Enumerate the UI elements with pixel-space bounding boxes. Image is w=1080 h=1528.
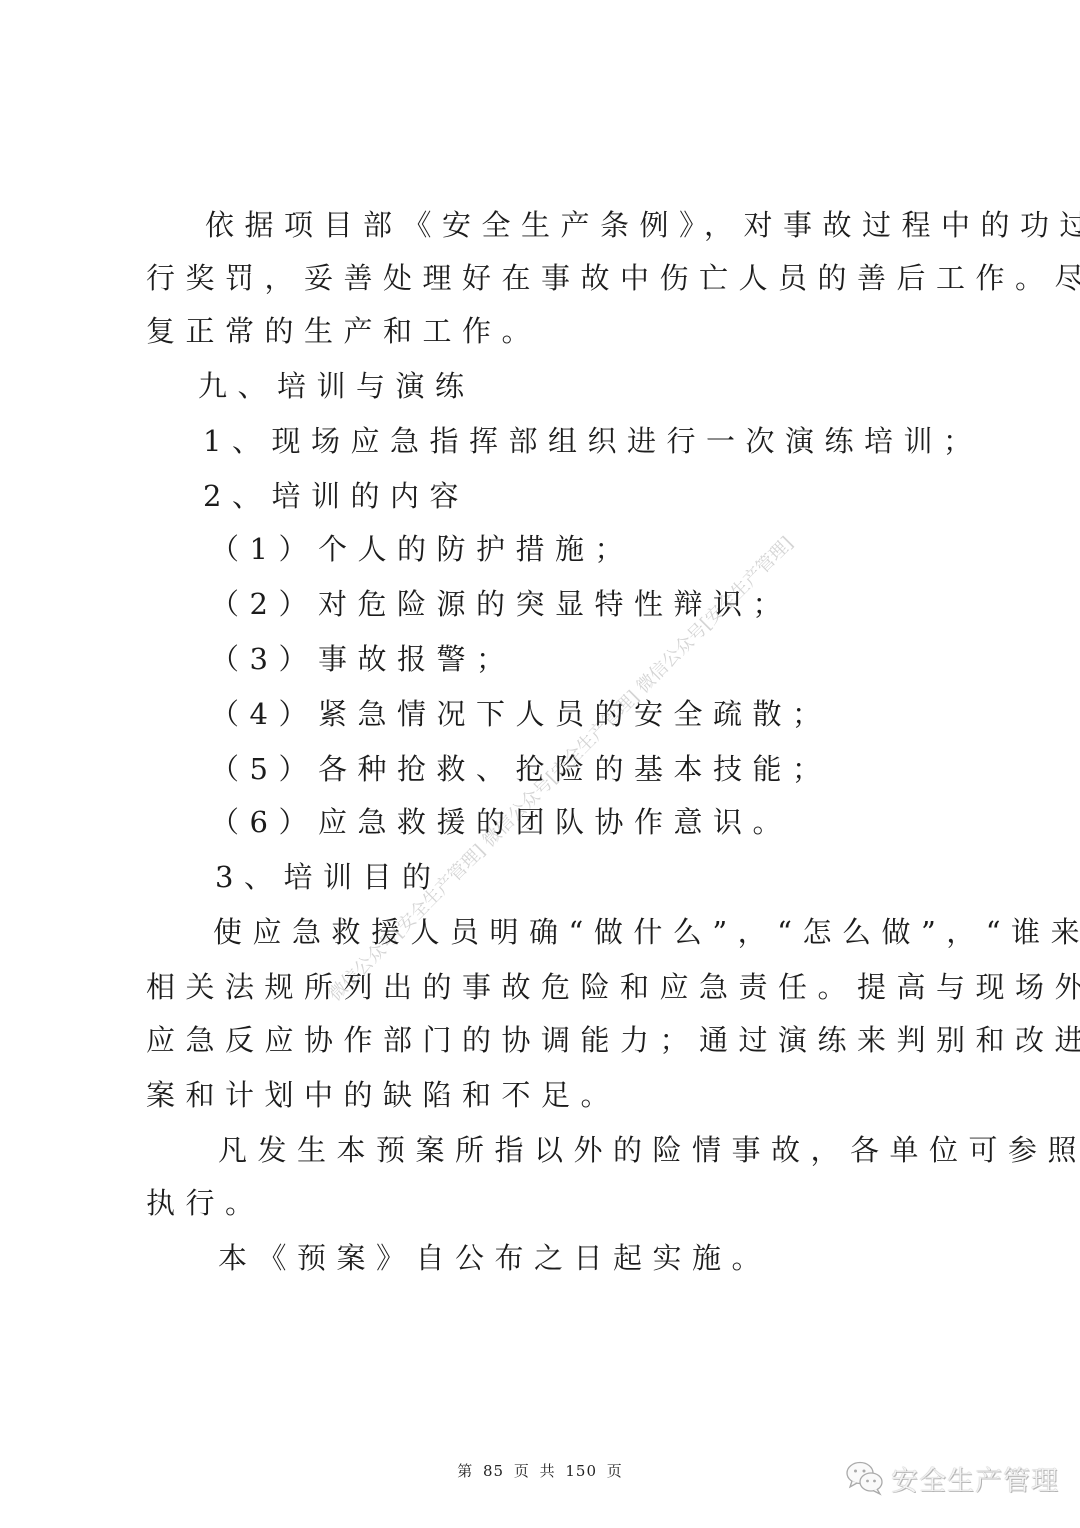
text-line: 1、现场应急指挥部组织进行一次演练培训； xyxy=(203,421,982,461)
text-line: （2）对危险源的突显特性辩识； xyxy=(210,584,792,624)
text-line: （3）事故报警； xyxy=(210,639,515,679)
wechat-icon xyxy=(845,1460,885,1496)
text-line: 凡发生本预案所指以外的险情事故，各单位可参照本预案 xyxy=(218,1130,1080,1170)
text-line: （4）紧急情况下人员的安全疏散； xyxy=(210,694,831,734)
text-line: 使应急救援人员明确“做什么”，“怎么做”，“谁来做”及 xyxy=(213,912,1080,952)
brand-name: 安全生产管理 xyxy=(891,1459,1059,1498)
document-page: 微信公众号[安全生产管理] 微信公众号[安全生产管理] 微信公众号[安全生产管理… xyxy=(0,0,1080,1528)
text-line: 复正常的生产和工作。 xyxy=(146,311,541,351)
text-line: 案和计划中的缺陷和不足。 xyxy=(146,1075,620,1115)
text-line: 相关法规所列出的事故危险和应急责任。提高与现场外的事故 xyxy=(146,967,1080,1007)
text-line: 行奖罚，妥善处理好在事故中伤亡人员的善后工作。尽快组织恢 xyxy=(146,258,1080,298)
text-line: 依据项目部《安全生产条例》，对事故过程中的功过人员进 xyxy=(205,205,1080,245)
text-line: （6）应急救援的团队协作意识。 xyxy=(210,802,792,842)
text-line: 本《预案》自公布之日起实施。 xyxy=(218,1238,771,1278)
text-line: 3、培训目的 xyxy=(215,857,441,897)
text-line: 2、培训的内容 xyxy=(203,476,469,516)
text-line: （1）个人的防护措施； xyxy=(210,529,634,569)
text-line: （5）各种抢救、抢险的基本技能； xyxy=(210,749,831,789)
text-line: 应急反应协作部门的协调能力；通过演练来判别和改进应急预 xyxy=(146,1020,1080,1060)
brand-signature: 安全生产管理 xyxy=(845,1458,1059,1498)
text-line: 九、培训与演练 xyxy=(198,366,475,406)
text-line: 执行。 xyxy=(146,1183,265,1223)
